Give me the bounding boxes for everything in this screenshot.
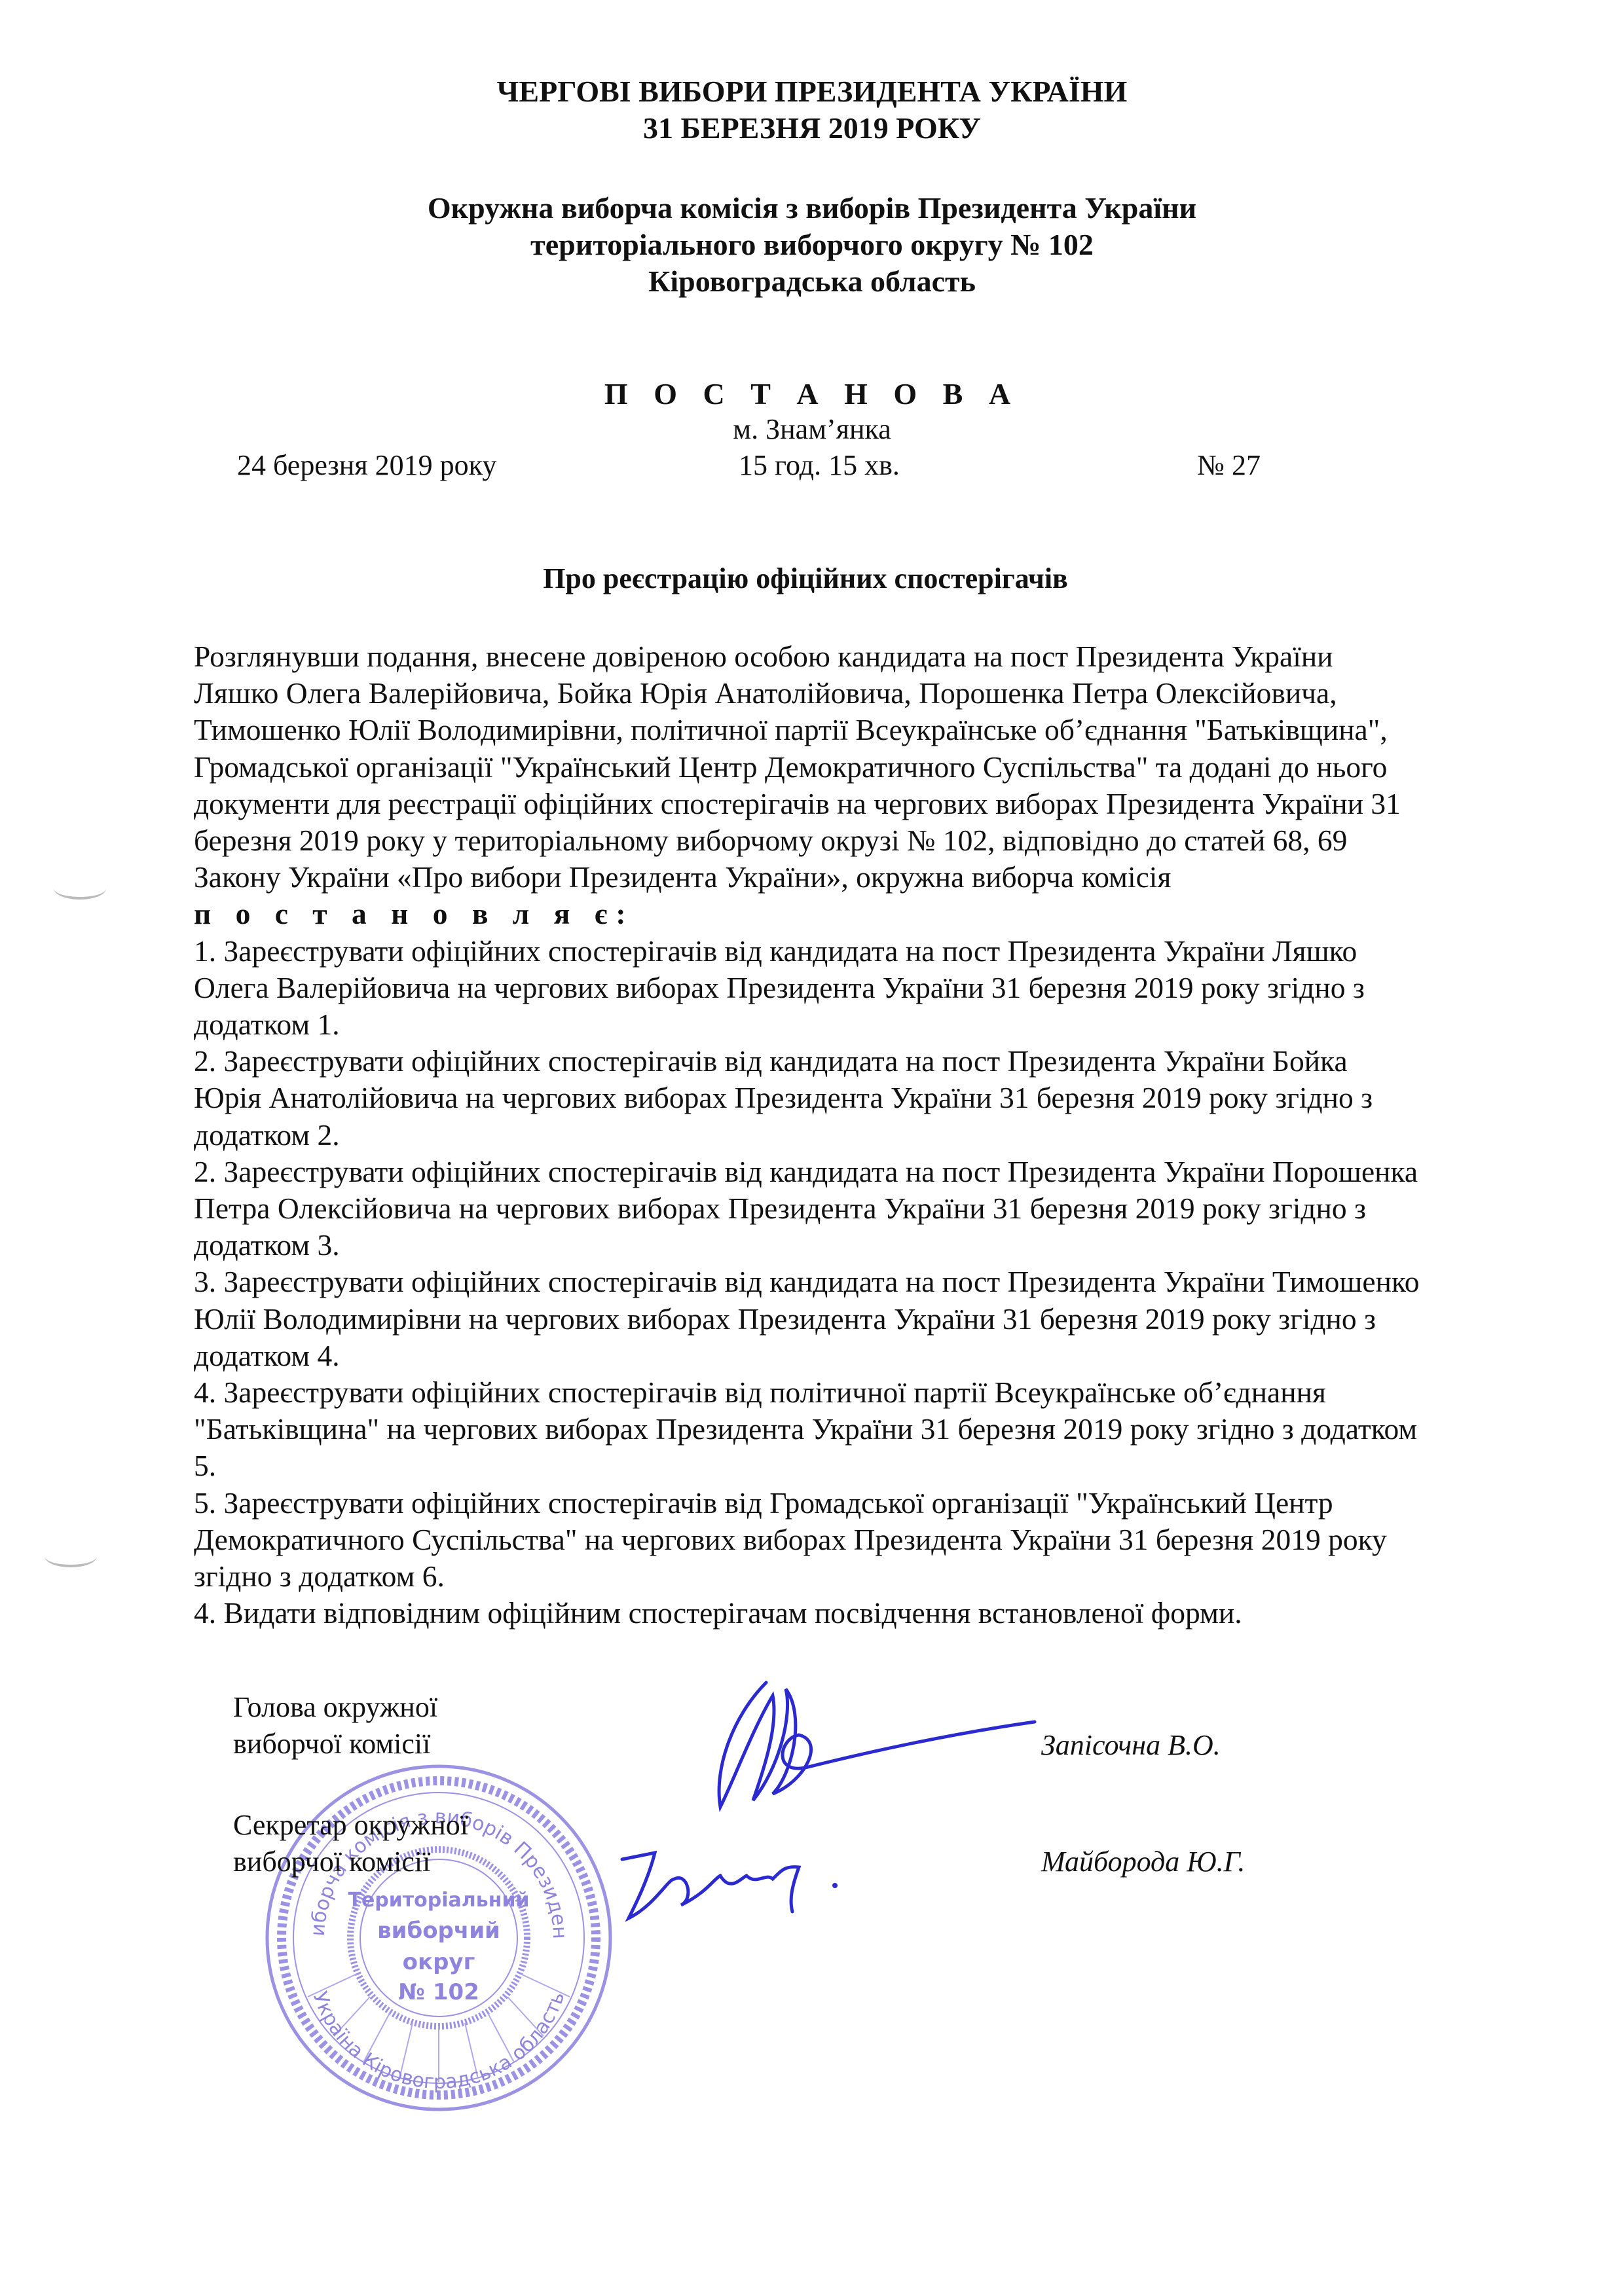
stamp-center-line2: виборчий xyxy=(377,1918,500,1944)
resolution-line: додатком 1. xyxy=(194,1006,1517,1043)
stamp-center-line1: Територіальний xyxy=(348,1889,529,1912)
preamble-line: документи для реєстрації офіційних спост… xyxy=(194,786,1517,822)
document-number: № 27 xyxy=(1197,448,1261,482)
preamble-line: Ляшко Олега Валерійовича, Бойка Юрія Ана… xyxy=(194,675,1517,712)
stamp-center-line3: округ xyxy=(403,1949,475,1975)
resolution-line: 3. Зареєструвати офіційних спостерігачів… xyxy=(194,1264,1517,1300)
resolution-line: згідно з додатком 6. xyxy=(194,1558,1517,1595)
preamble-line: Закону України «Про вибори Президента Ук… xyxy=(194,859,1517,896)
resolution-line: додатком 4. xyxy=(194,1338,1517,1374)
hole-punch-mark xyxy=(45,1545,97,1567)
preamble-line: Тимошенко Юлії Володимирівни, політичної… xyxy=(194,712,1517,748)
election-title: ЧЕРГОВІ ВИБОРИ ПРЕЗИДЕНТА УКРАЇНИ xyxy=(0,73,1624,110)
chair-signature xyxy=(694,1676,1048,1820)
resolution-line: додатком 3. xyxy=(194,1227,1517,1264)
resolution-line: додатком 2. xyxy=(194,1117,1517,1154)
resolution-line: Юрія Анатолійовича на чергових виборах П… xyxy=(194,1080,1517,1116)
stamp-center-line4: № 102 xyxy=(398,1979,479,2005)
resolution-line: 5. xyxy=(194,1448,1517,1484)
document-type: П О С Т А Н О В А xyxy=(0,376,1624,411)
document-body: Розглянувши подання, внесене довіреною о… xyxy=(194,638,1517,1631)
resolve-heading: п о с т а н о в л я є: xyxy=(194,896,1517,932)
preamble-line: Громадської організації "Український Цен… xyxy=(194,749,1517,786)
preamble-line: Розглянувши подання, внесене довіреною о… xyxy=(194,638,1517,675)
resolution-line: 5. Зареєструвати офіційних спостерігачів… xyxy=(194,1485,1517,1522)
document-time: 15 год. 15 хв. xyxy=(739,448,900,482)
document-city: м. Знам’янка xyxy=(0,412,1624,446)
secretary-name: Майборода Ю.Г. xyxy=(1041,1845,1245,1878)
chair-name: Запісочна В.О. xyxy=(1041,1728,1221,1762)
secretary-signature xyxy=(616,1840,877,1925)
election-date: 31 БЕРЕЗНЯ 2019 РОКУ xyxy=(0,110,1624,147)
chair-label: Голова окружної виборчої комісії xyxy=(233,1689,437,1762)
preamble-line: березня 2019 року у територіальному вибо… xyxy=(194,822,1517,859)
commission-name: Окружна виборча комісія з виборів Презид… xyxy=(0,190,1624,227)
resolution-line: 4. Зареєструвати офіційних спостерігачів… xyxy=(194,1374,1517,1411)
document-subject: Про реєстрацію офіційних спостерігачів xyxy=(0,562,1617,595)
resolution-line: 2. Зареєструвати офіційних спостерігачів… xyxy=(194,1043,1517,1080)
resolution-line: 4. Видати відповідним офіційним спостері… xyxy=(194,1595,1517,1631)
district-name: територіального виборчого округу № 102 xyxy=(0,227,1624,263)
resolution-line: Юлії Володимирівни на чергових виборах П… xyxy=(194,1301,1517,1338)
document-date: 24 березня 2019 року xyxy=(237,448,496,482)
secretary-label: Секретар окружної виборчої комісії xyxy=(233,1807,468,1880)
hole-punch-mark xyxy=(54,877,106,900)
resolution-line: Демократичного Суспільства" на чергових … xyxy=(194,1522,1517,1558)
resolution-line: "Батьківщина" на чергових виборах Презид… xyxy=(194,1411,1517,1448)
region-name: Кіровоградська область xyxy=(0,263,1624,300)
resolution-line: 1. Зареєструвати офіційних спостерігачів… xyxy=(194,933,1517,970)
resolution-line: Олега Валерійовича на чергових виборах П… xyxy=(194,970,1517,1006)
resolution-line: Петра Олексійовича на чергових виборах П… xyxy=(194,1190,1517,1227)
resolution-line: 2. Зареєструвати офіційних спостерігачів… xyxy=(194,1154,1517,1190)
